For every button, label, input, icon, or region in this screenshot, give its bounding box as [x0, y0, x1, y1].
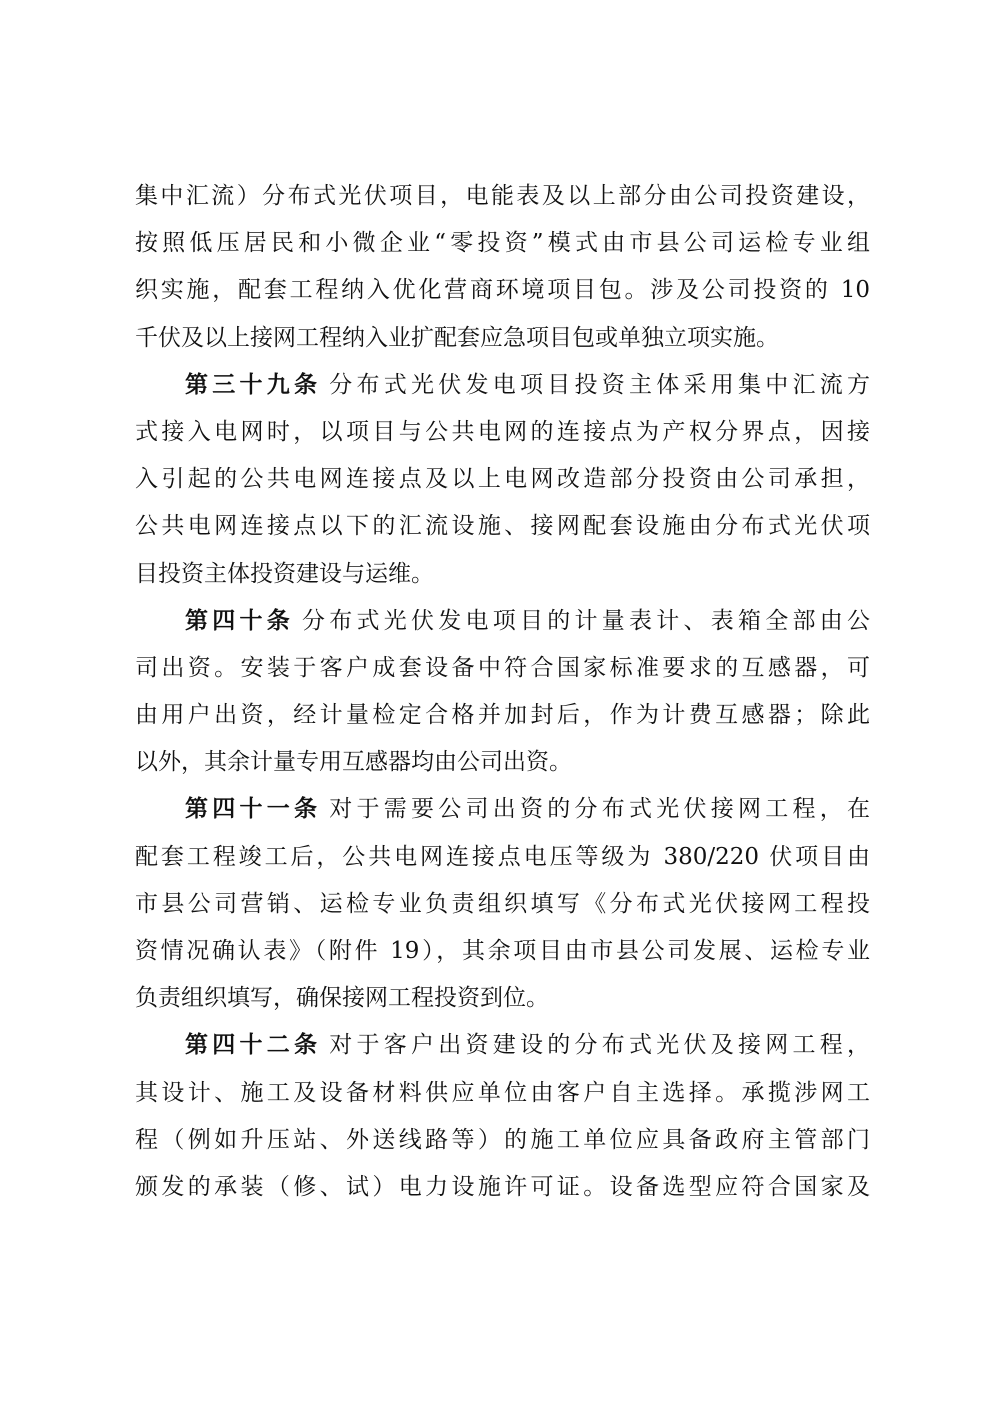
text-span: 分布式光伏发电项目的计量表计、表箱全部由公	[302, 608, 870, 634]
text-line: 第四十一条对于需要公司出资的分布式光伏接网工程，在	[135, 786, 870, 833]
text-line: 负责组织填写，确保接网工程投资到位。	[135, 975, 870, 1022]
text-line: 式接入电网时，以项目与公共电网的连接点为产权分界点，因接	[135, 409, 870, 456]
text-line: 公共电网连接点以下的汇流设施、接网配套设施由分布式光伏项	[135, 503, 870, 550]
paragraph-continuation: 集中汇流）分布式光伏项目，电能表及以上部分由公司投资建设， 按照低压居民和小微企…	[135, 173, 870, 362]
text-line: 颁发的承装（修、试）电力设施许可证。设备选型应符合国家及	[135, 1164, 870, 1211]
article-title: 第四十二条	[185, 1032, 321, 1058]
text-line: 市县公司营销、运检专业负责组织填写《分布式光伏接网工程投	[135, 881, 870, 928]
text-line: 第三十九条分布式光伏发电项目投资主体采用集中汇流方	[135, 362, 870, 409]
text-line: 目投资主体投资建设与运维。	[135, 551, 870, 598]
article-39: 第三十九条分布式光伏发电项目投资主体采用集中汇流方 式接入电网时，以项目与公共电…	[135, 362, 870, 598]
text-line: 程（例如升压站、外送线路等）的施工单位应具备政府主管部门	[135, 1117, 870, 1164]
text-span: 分布式光伏发电项目投资主体采用集中汇流方	[329, 372, 870, 398]
article-title: 第四十一条	[185, 796, 321, 822]
text-line: 千伏及以上接网工程纳入业扩配套应急项目包或单独立项实施。	[135, 315, 870, 362]
article-title: 第三十九条	[185, 372, 321, 398]
document-page: 集中汇流）分布式光伏项目，电能表及以上部分由公司投资建设， 按照低压居民和小微企…	[135, 173, 870, 1211]
text-line: 其设计、施工及设备材料供应单位由客户自主选择。承揽涉网工	[135, 1070, 870, 1117]
article-40: 第四十条分布式光伏发电项目的计量表计、表箱全部由公 司出资。安装于客户成套设备中…	[135, 598, 870, 787]
text-line: 入引起的公共电网连接点及以上电网改造部分投资由公司承担，	[135, 456, 870, 503]
text-line: 织实施，配套工程纳入优化营商环境项目包。涉及公司投资的 10	[135, 267, 870, 314]
text-line: 第四十条分布式光伏发电项目的计量表计、表箱全部由公	[135, 598, 870, 645]
article-42: 第四十二条对于客户出资建设的分布式光伏及接网工程， 其设计、施工及设备材料供应单…	[135, 1022, 870, 1211]
text-line: 由用户出资，经计量检定合格并加封后，作为计费互感器；除此	[135, 692, 870, 739]
article-title: 第四十条	[185, 608, 294, 634]
text-line: 第四十二条对于客户出资建设的分布式光伏及接网工程，	[135, 1022, 870, 1069]
text-line: 资情况确认表》（附件 19），其余项目由市县公司发展、运检专业	[135, 928, 870, 975]
text-line: 集中汇流）分布式光伏项目，电能表及以上部分由公司投资建设，	[135, 173, 870, 220]
text-line: 按照低压居民和小微企业“零投资”模式由市县公司运检专业组	[135, 220, 870, 267]
text-line: 配套工程竣工后，公共电网连接点电压等级为 380/220 伏项目由	[135, 834, 870, 881]
text-line: 以外，其余计量专用互感器均由公司出资。	[135, 739, 870, 786]
text-span: 对于需要公司出资的分布式光伏接网工程，在	[329, 796, 870, 822]
text-span: 对于客户出资建设的分布式光伏及接网工程，	[329, 1032, 870, 1058]
article-41: 第四十一条对于需要公司出资的分布式光伏接网工程，在 配套工程竣工后，公共电网连接…	[135, 786, 870, 1022]
text-line: 司出资。安装于客户成套设备中符合国家标准要求的互感器，可	[135, 645, 870, 692]
